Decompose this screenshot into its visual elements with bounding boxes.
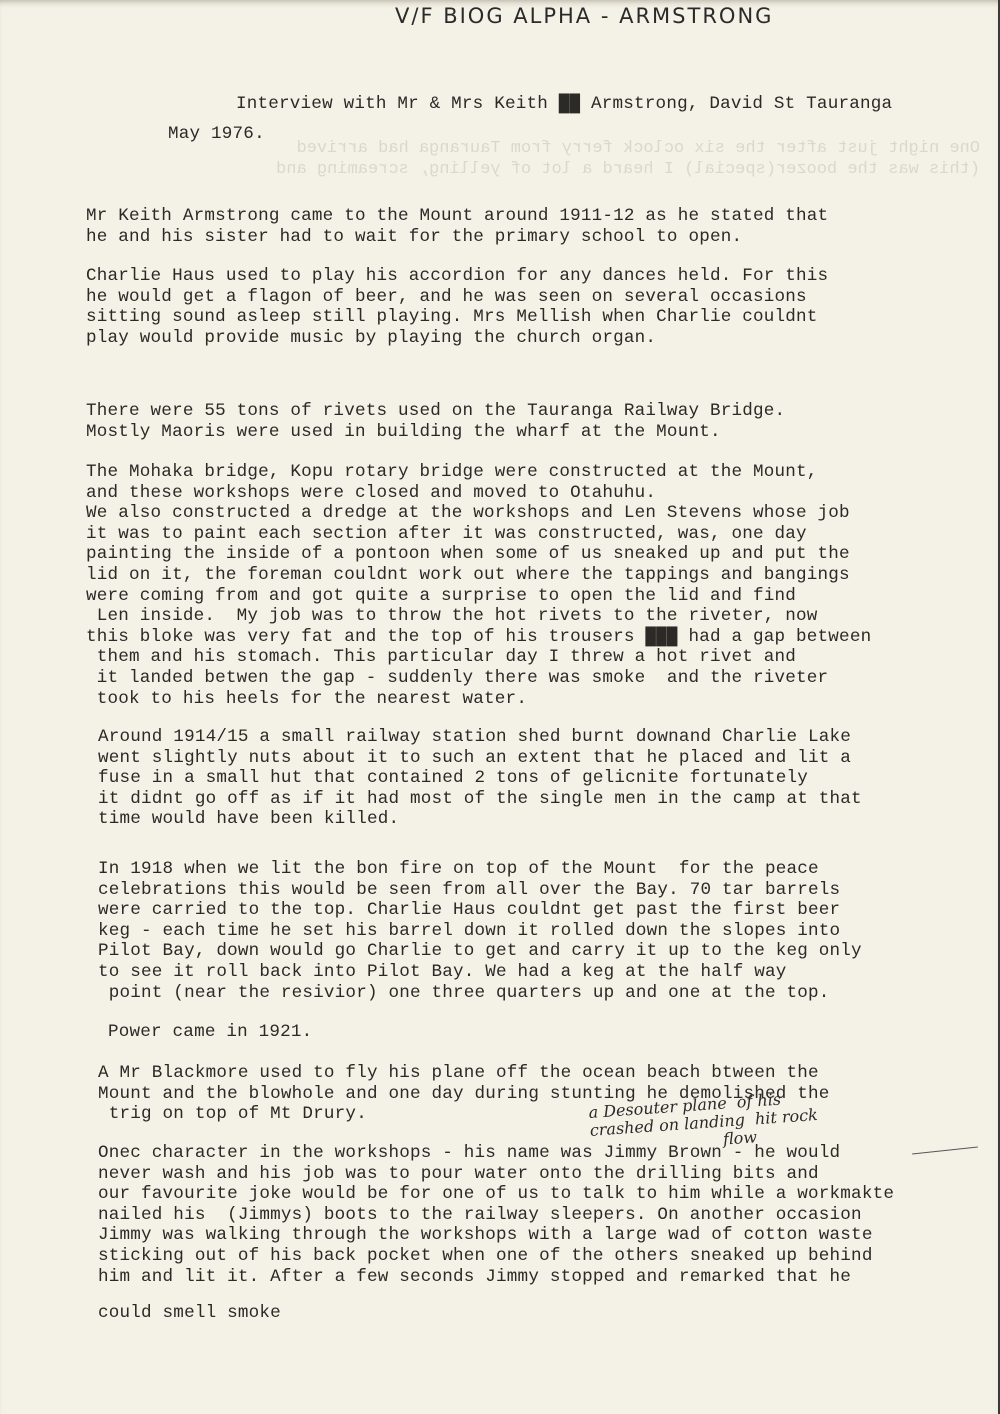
paragraph-bonfire-1918: In 1918 when we lit the bon fire on top … (98, 859, 862, 1003)
document-date: May 1976. (168, 124, 265, 145)
paragraph-arrival: Mr Keith Armstrong came to the Mount aro… (86, 206, 828, 247)
paragraph-station-shed: Around 1914/15 a small railway station s… (98, 727, 862, 830)
paragraph-power-1921: Power came in 1921. (108, 1022, 312, 1043)
document-page: One night just after the six oclock ferr… (0, 0, 1000, 1414)
paragraph-charlie-haus-accordion: Charlie Haus used to play his accordion … (86, 266, 828, 348)
paragraph-workshops: The Mohaka bridge, Kopu rotary bridge we… (86, 462, 871, 709)
handwritten-pointer-line (912, 1147, 978, 1155)
handwritten-file-reference: V/F BIOG ALPHA - ARMSTRONG (395, 4, 773, 28)
paragraph-rivets-bridge: There were 55 tons of rivets used on the… (86, 401, 785, 442)
paragraph-closing-line: could smell smoke (98, 1303, 281, 1324)
document-title: Interview with Mr & Mrs Keith ██ Armstro… (236, 94, 892, 115)
paragraph-jimmy-brown: Onec character in the workshops - his na… (98, 1143, 894, 1287)
